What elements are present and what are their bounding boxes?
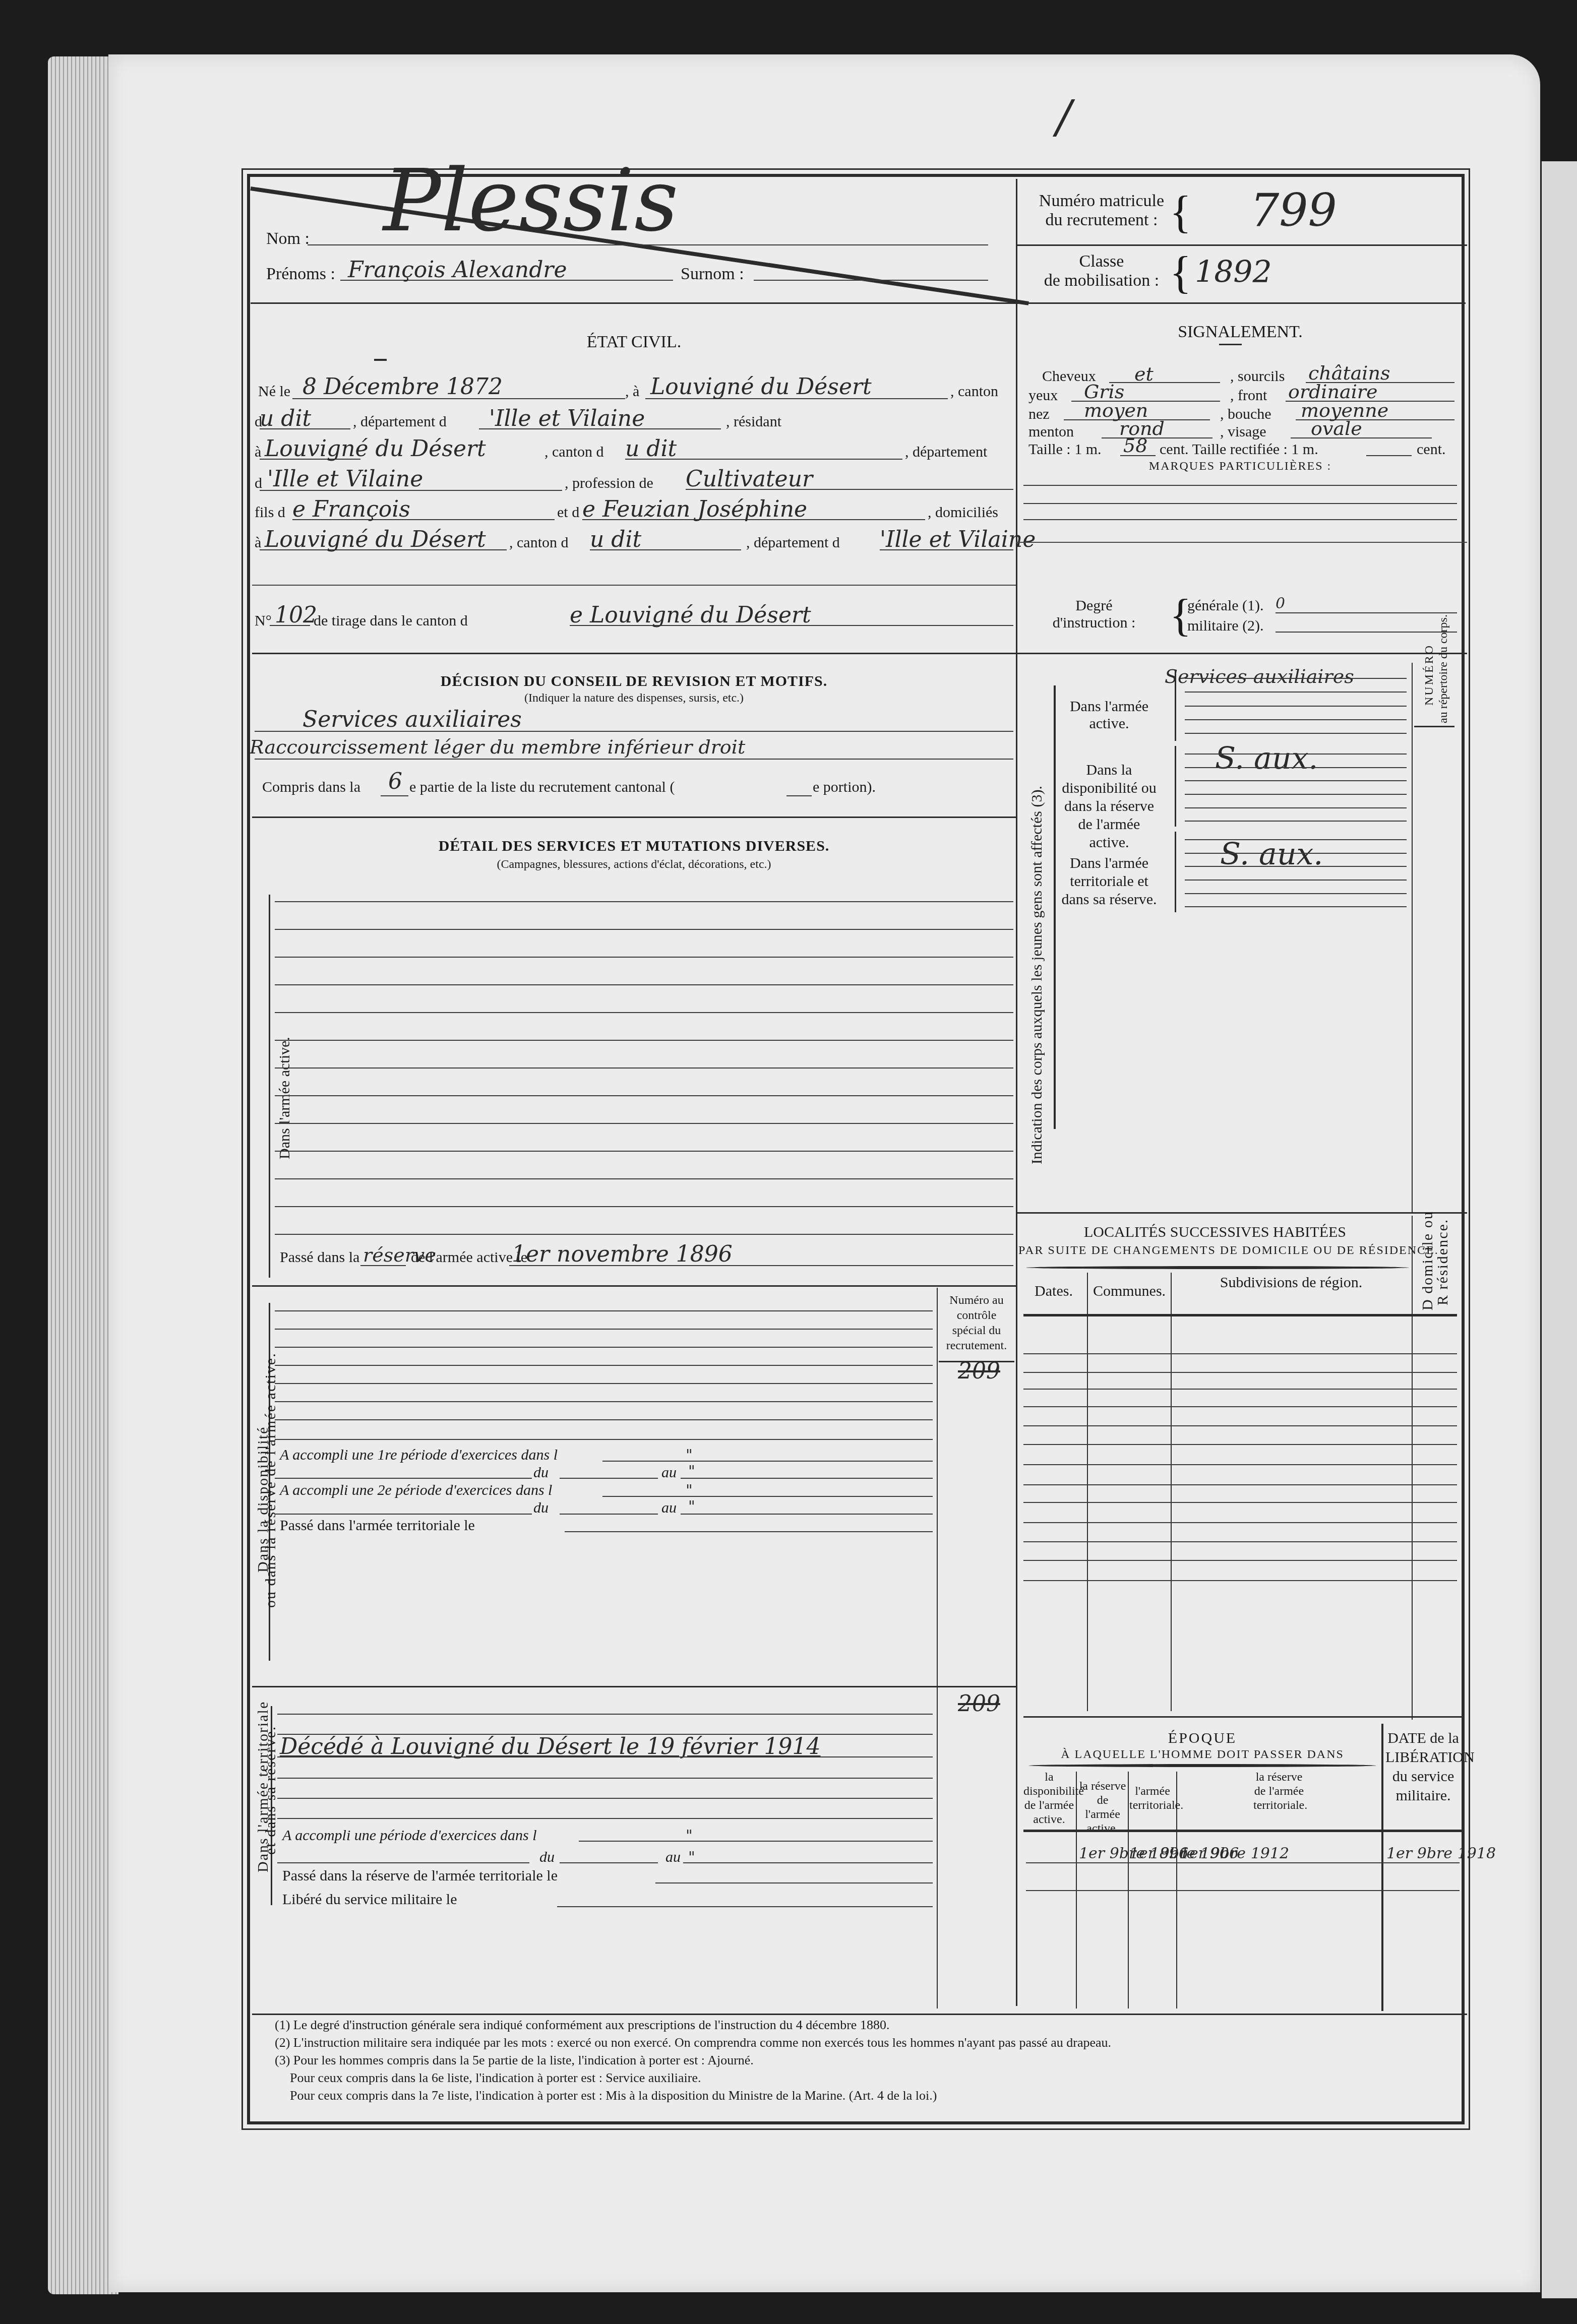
detail-line-4 xyxy=(275,984,1013,985)
front-label: , front xyxy=(1230,387,1267,404)
aff-line-13 xyxy=(1185,853,1407,854)
matricule-label-1: Numéro matricule xyxy=(1028,192,1175,211)
localites-col-dates: Dates. xyxy=(1021,1283,1086,1300)
section-3-brace xyxy=(1175,832,1176,912)
aff-line-16 xyxy=(1185,893,1407,894)
aff-line-17 xyxy=(1185,906,1407,907)
nom-label: Nom : xyxy=(266,229,310,248)
au2-label: au xyxy=(661,1499,677,1517)
instruction-label: Degré d'instruction : xyxy=(1028,597,1160,632)
terr-line-1 xyxy=(277,1714,933,1715)
detail-line-13 xyxy=(275,1234,1013,1235)
domicilies-label: , domiciliés xyxy=(928,504,998,521)
decision-divider xyxy=(252,816,1016,818)
loc-line-13 xyxy=(1023,1580,1457,1581)
localites-side-label-2: R résidence. xyxy=(1434,1219,1451,1305)
active-divider xyxy=(252,1285,1016,1287)
epoque-col-4-value: 1er 9bre 1912 xyxy=(1180,1845,1289,1862)
ne-le-label: Né le xyxy=(258,383,290,400)
decision-subtitle: (Indiquer la nature des dispenses, sursi… xyxy=(252,692,1016,705)
nom-value: Plessis xyxy=(383,151,678,251)
territoriale-vertical-label-2: et dans sa réserve. xyxy=(262,1726,279,1855)
epoque-line-2 xyxy=(1026,1890,1460,1891)
numero-controle-value: 209 xyxy=(958,1358,1000,1384)
du2-pre-line xyxy=(275,1514,532,1515)
loc-line-6 xyxy=(1023,1444,1457,1445)
tirage-no-value: 102 xyxy=(275,602,317,628)
classe-label-2: de mobilisation : xyxy=(1028,271,1175,290)
loc-line-8 xyxy=(1023,1484,1457,1485)
loc-line-9 xyxy=(1023,1502,1457,1503)
du1-label: du xyxy=(533,1464,549,1481)
res-departement-label: , département xyxy=(905,444,987,461)
footnote-1: (1) Le degré d'instruction générale sera… xyxy=(275,2018,889,2033)
footnote-2: (2) L'instruction militaire sera indiqué… xyxy=(275,2035,1111,2050)
surnom-line xyxy=(754,280,988,281)
marques-line-3 xyxy=(1023,519,1457,520)
residant-label: , résidant xyxy=(726,413,781,430)
epoque-header-underline xyxy=(1023,1830,1462,1832)
aff-line-3 xyxy=(1185,706,1407,707)
active-bracket xyxy=(269,895,270,1278)
aff-line-9 xyxy=(1185,794,1407,795)
loc-line-3 xyxy=(1023,1389,1457,1390)
canton-value: u dit xyxy=(260,406,311,431)
instruction-divider xyxy=(1016,653,1467,654)
section-2-brace xyxy=(1175,746,1176,827)
surnom-label: Surnom : xyxy=(681,265,744,284)
au1-value: " xyxy=(688,1463,695,1480)
terr-periode-label: A accompli une période d'exercices dans … xyxy=(282,1827,537,1844)
column-divider xyxy=(1016,179,1017,2006)
section-1-brace xyxy=(1175,670,1176,741)
terr-au-label: au xyxy=(665,1849,681,1866)
matricule-value: 799 xyxy=(1250,184,1337,237)
mere-value: e Feuzian Joséphine xyxy=(582,496,807,522)
detail-line-3 xyxy=(275,957,1013,958)
detail-line-1 xyxy=(275,901,1013,902)
loc-line-4 xyxy=(1023,1406,1457,1407)
cheveux-value: et xyxy=(1134,363,1154,385)
generale-value: 0 xyxy=(1276,595,1285,612)
tirage-no-label: N° xyxy=(255,612,272,630)
dispo-line-2 xyxy=(275,1329,933,1330)
portion-line xyxy=(786,795,812,796)
au1-label: au xyxy=(661,1464,677,1481)
aff-line-10 xyxy=(1185,807,1407,808)
numero-corps-label-2: au répertoire du corps. xyxy=(1437,614,1450,723)
brace-icon: { xyxy=(1170,247,1191,299)
loc-line-10 xyxy=(1023,1522,1457,1523)
yeux-label: yeux xyxy=(1028,387,1058,404)
aff-line-11 xyxy=(1185,821,1407,822)
departement-label: , département d xyxy=(353,413,447,430)
numero-corps-label-1: NUMÉRO xyxy=(1423,644,1436,706)
passe-date: 1er novembre 1896 xyxy=(512,1241,733,1267)
localites-side-divider xyxy=(1412,1216,1413,1720)
matricule-label: Numéro matricule du recrutement : xyxy=(1028,192,1175,230)
liberation-value: 1er 9bre 1918 xyxy=(1386,1845,1496,1862)
dom-a-label: à xyxy=(255,534,261,551)
aff-line-14 xyxy=(1185,866,1407,867)
aff-line-4 xyxy=(1185,719,1407,720)
menton-label: menton xyxy=(1028,423,1074,441)
numero-corps-divider xyxy=(1412,663,1413,1212)
decision-rule-2 xyxy=(255,759,1013,760)
armee-active-label: de l'armée active le xyxy=(411,1249,527,1266)
loc-line-11 xyxy=(1023,1541,1457,1542)
localites-header-underline xyxy=(1023,1314,1457,1316)
militaire-line xyxy=(1276,632,1457,633)
res-dep-d-label: d xyxy=(255,475,262,492)
canton-label: , canton xyxy=(950,383,998,400)
generale-label: générale (1). xyxy=(1187,597,1264,614)
localites-brace xyxy=(1026,1266,1409,1269)
cent-label: cent. Taille rectifiée : 1 m. xyxy=(1160,441,1318,458)
res-a-label: à xyxy=(255,444,261,461)
matricule-divider xyxy=(1016,244,1467,246)
cent2-label: cent. xyxy=(1417,441,1445,458)
compris-line xyxy=(381,795,408,796)
matricule-label-2: du recrutement : xyxy=(1028,211,1175,230)
disponibilite-vertical-label-2: ou dans la réserve de l'armée active. xyxy=(262,1352,279,1608)
dom-dep-value: 'Ille et Vilaine xyxy=(880,527,1036,552)
epoque-liberation-divider xyxy=(1381,1724,1383,2011)
localites-title: LOCALITÉS SUCCESSIVES HABITÉES xyxy=(1018,1224,1412,1241)
loc-line-12 xyxy=(1023,1560,1457,1561)
profession-label: , profession de xyxy=(565,475,653,492)
du1-line xyxy=(560,1478,658,1479)
detail-line-8 xyxy=(275,1095,1013,1096)
detail-subtitle: (Campagnes, blessures, actions d'éclat, … xyxy=(252,858,1016,871)
militaire-label: militaire (2). xyxy=(1187,617,1264,635)
dispo-line-1 xyxy=(275,1310,933,1311)
tirage-canton-value: e Louvigné du Désert xyxy=(570,602,811,628)
periode1-line xyxy=(602,1461,933,1462)
du2-label: du xyxy=(533,1499,549,1517)
prenoms-value: François Alexandre xyxy=(348,257,567,283)
dispo-line-7 xyxy=(275,1419,933,1420)
deces-note: Décédé à Louvigné du Désert le 19 févrie… xyxy=(280,1734,820,1760)
brace-icon: { xyxy=(1170,186,1191,238)
dom-canton-value: u dit xyxy=(590,527,641,552)
decision-line-1: Services auxiliaires xyxy=(302,707,522,732)
liberation-label: DATE de la LIBÉRATION du service militai… xyxy=(1385,1729,1461,1805)
localites-col-subdivisions: Subdivisions de région. xyxy=(1173,1275,1410,1290)
departement-value: 'Ille et Vilaine xyxy=(489,406,645,431)
active-vertical-label: Dans l'armée active. xyxy=(276,1037,293,1159)
au1-line xyxy=(681,1478,933,1479)
detail-line-6 xyxy=(275,1040,1013,1041)
header-bottom-line xyxy=(251,302,1466,304)
terr-libere-line xyxy=(557,1906,933,1907)
periode1-label: A accompli une 1re période d'exercices d… xyxy=(280,1447,558,1464)
localites-col-communes: Communes. xyxy=(1089,1283,1170,1300)
cheveux-line xyxy=(1109,382,1220,383)
loc-line-2 xyxy=(1023,1372,1457,1373)
a-label: , à xyxy=(625,383,639,400)
epoque-title: ÉPOQUE xyxy=(1023,1730,1381,1747)
visage-value: ovale xyxy=(1311,417,1362,439)
classe-label: Classe de mobilisation : xyxy=(1028,252,1175,290)
next-page-strip xyxy=(1542,161,1577,2298)
generale-line xyxy=(1276,612,1457,613)
a-value: Louvigné du Désert xyxy=(650,374,872,400)
page-edge-stack xyxy=(48,56,118,2294)
dispo-line-3 xyxy=(275,1347,933,1348)
detail-line-7 xyxy=(275,1067,1013,1069)
au2-line xyxy=(681,1514,933,1515)
res-canton-label: , canton d xyxy=(544,444,603,461)
terr-reserve-line xyxy=(655,1882,933,1883)
aff-line-12 xyxy=(1185,839,1407,840)
dispo-line-6 xyxy=(275,1401,933,1402)
nez-label: nez xyxy=(1028,406,1050,423)
affectation-vertical-label: Indication des corps auxquels les jeunes… xyxy=(1028,786,1046,1164)
detail-line-5 xyxy=(275,1012,1013,1013)
res-dep-value: 'Ille et Vilaine xyxy=(267,466,423,492)
territoriale-line xyxy=(565,1531,933,1532)
dispo-line-4 xyxy=(275,1365,933,1366)
res-a-value: Louvigné du Désert xyxy=(265,436,486,462)
marques-line-1 xyxy=(1023,485,1457,486)
etat-civil-title: ÉTAT CIVIL. xyxy=(252,333,1016,352)
du2-line xyxy=(560,1514,658,1515)
periode1-value: " xyxy=(686,1447,693,1464)
tirage-divider xyxy=(252,653,1016,654)
terr-libere-label: Libéré du service militaire le xyxy=(282,1891,457,1908)
dom-canton-label: , canton d xyxy=(509,534,568,551)
terr-au-line xyxy=(683,1862,933,1863)
sourcils-label: , sourcils xyxy=(1230,368,1285,385)
epoque-col-1-label: la disponibilité de l'armée active. xyxy=(1023,1770,1075,1827)
ne-le-value: 8 Décembre 1872 xyxy=(302,374,503,400)
epoque-col-2-label: la réserve de l'armée active. xyxy=(1078,1779,1127,1836)
res-canton-value: u dit xyxy=(625,436,677,462)
taille-value: 58 xyxy=(1123,434,1147,457)
aff-line-15 xyxy=(1185,880,1407,881)
numero-column-divider xyxy=(937,1288,938,2008)
terr-du-line xyxy=(560,1862,658,1863)
title-underline xyxy=(1219,344,1242,345)
taille-rect-line xyxy=(1366,455,1412,456)
epoque-brace xyxy=(1028,1764,1376,1767)
localites-subtitle: PAR SUITE DE CHANGEMENTS DE DOMICILE OU … xyxy=(1018,1244,1412,1258)
detail-line-2 xyxy=(275,929,1013,930)
terr-line-3 xyxy=(277,1756,933,1757)
affectation-section-1-value: Services auxiliaires xyxy=(1165,665,1354,687)
loc-line-1 xyxy=(1023,1353,1457,1354)
territoriale-numero-value: 209 xyxy=(958,1691,1000,1717)
aff-line-5 xyxy=(1185,733,1407,734)
localites-divider xyxy=(1023,1716,1462,1718)
et-label: et d xyxy=(557,504,579,521)
disponibilite-divider xyxy=(252,1686,1016,1687)
detail-line-11 xyxy=(275,1178,1013,1179)
loc-line-7 xyxy=(1023,1464,1457,1465)
terr-line-6 xyxy=(277,1818,933,1819)
marques-line-2 xyxy=(1023,503,1457,504)
dispo-line-8 xyxy=(275,1439,933,1440)
periode2-value: " xyxy=(686,1482,693,1499)
terr-du-label: du xyxy=(539,1849,555,1866)
aff-line-1 xyxy=(1185,678,1407,679)
page-mark: / xyxy=(1056,91,1071,144)
affectation-bracket xyxy=(1054,685,1056,1129)
terr-du-pre-line xyxy=(277,1862,529,1863)
epoque-line-1 xyxy=(1026,1862,1460,1863)
numero-corps-underline xyxy=(1414,726,1454,727)
taille-label: Taille : 1 m. xyxy=(1028,441,1102,458)
affectation-section-2-value: S. aux. xyxy=(1215,741,1318,776)
classe-value: 1892 xyxy=(1195,255,1272,290)
aff-line-2 xyxy=(1185,692,1407,693)
terr-line-4 xyxy=(277,1778,933,1779)
decision-rule-1 xyxy=(255,731,1013,732)
du1-pre-line xyxy=(275,1478,532,1479)
etat-civil-divider xyxy=(252,585,1016,586)
detail-line-10 xyxy=(275,1151,1013,1152)
terr-au-value: " xyxy=(688,1849,695,1866)
portion-label: e portion). xyxy=(813,779,876,796)
marques-label: MARQUES PARTICULIÈRES : xyxy=(1018,460,1462,473)
compris-value: 6 xyxy=(388,769,402,794)
compris-label: Compris dans la xyxy=(262,779,360,796)
territoriale-label: Passé dans l'armée territoriale le xyxy=(280,1517,475,1534)
compris-rest: e partie de la liste du recrutement cant… xyxy=(409,779,675,796)
classe-label-1: Classe xyxy=(1028,252,1175,271)
affectation-divider xyxy=(1016,1212,1467,1214)
visage-label: , visage xyxy=(1220,423,1266,441)
detail-title: DÉTAIL DES SERVICES ET MUTATIONS DIVERSE… xyxy=(252,838,1016,855)
epoque-col-3-label: l'armée territoriale. xyxy=(1129,1784,1176,1812)
communes-subdiv-divider xyxy=(1171,1273,1172,1711)
pere-value: e François xyxy=(292,496,410,522)
affectation-section-3-label: Dans l'armée territoriale et dans sa rés… xyxy=(1059,854,1160,909)
dom-a-value: Louvigné du Désert xyxy=(265,527,486,552)
affectation-section-2-label: Dans la disponibilité ou dans la réserve… xyxy=(1059,761,1160,852)
terr-periode-value: " xyxy=(686,1827,693,1845)
profession-value: Cultivateur xyxy=(686,466,813,492)
terr-reserve-label: Passé dans la réserve de l'armée territo… xyxy=(282,1867,558,1885)
bouche-label: , bouche xyxy=(1220,406,1271,423)
instruction-label-1: Degré xyxy=(1028,597,1160,614)
decision-line-2: Raccourcissement léger du membre inférie… xyxy=(250,736,745,758)
passe-label: Passé dans la xyxy=(280,1249,359,1266)
loc-line-5 xyxy=(1023,1425,1457,1426)
detail-line-12 xyxy=(275,1206,1013,1207)
tirage-label: de tirage dans le canton d xyxy=(314,612,468,630)
footnotes-divider xyxy=(252,2014,1467,2015)
fils-label: fils d xyxy=(255,504,285,521)
prenoms-label: Prénoms : xyxy=(266,265,335,284)
signalement-title: SIGNALEMENT. xyxy=(1018,323,1462,342)
affectation-section-1-label: Dans l'armée active. xyxy=(1059,698,1160,732)
title-underline xyxy=(374,359,387,361)
localites-side-label-1: D domicile ou xyxy=(1419,1211,1436,1310)
periode2-line xyxy=(602,1496,933,1497)
instruction-label-2: d'instruction : xyxy=(1028,614,1160,632)
terr-periode-line xyxy=(579,1841,933,1842)
signalement-divider xyxy=(1016,542,1467,543)
footnote-3: (3) Pour les hommes compris dans la 5e p… xyxy=(275,2053,754,2068)
terr-line-5 xyxy=(277,1798,933,1799)
detail-line-9 xyxy=(275,1123,1013,1124)
aff-line-8 xyxy=(1185,780,1407,781)
numero-controle-label: Numéro au contrôle spécial du recrutemen… xyxy=(939,1293,1014,1353)
dispo-line-5 xyxy=(275,1383,933,1384)
aff-line-6 xyxy=(1185,753,1407,755)
au2-value: " xyxy=(688,1498,695,1516)
dates-communes-divider xyxy=(1087,1273,1088,1711)
aff-line-7 xyxy=(1185,767,1407,768)
epoque-col-4-label: la réserve de l'armée territoriale. xyxy=(1178,1770,1380,1812)
decision-title: DÉCISION DU CONSEIL DE REVISION ET MOTIF… xyxy=(252,673,1016,690)
footnote-5: Pour ceux compris dans la 7e liste, l'in… xyxy=(290,2088,937,2103)
epoque-subtitle: À LAQUELLE L'HOMME DOIT PASSER DANS xyxy=(1023,1748,1381,1762)
periode2-label: A accompli une 2e période d'exercices da… xyxy=(280,1482,552,1499)
footnote-4: Pour ceux compris dans la 6e liste, l'in… xyxy=(290,2070,701,2086)
dom-dep-label: , département d xyxy=(746,534,840,551)
